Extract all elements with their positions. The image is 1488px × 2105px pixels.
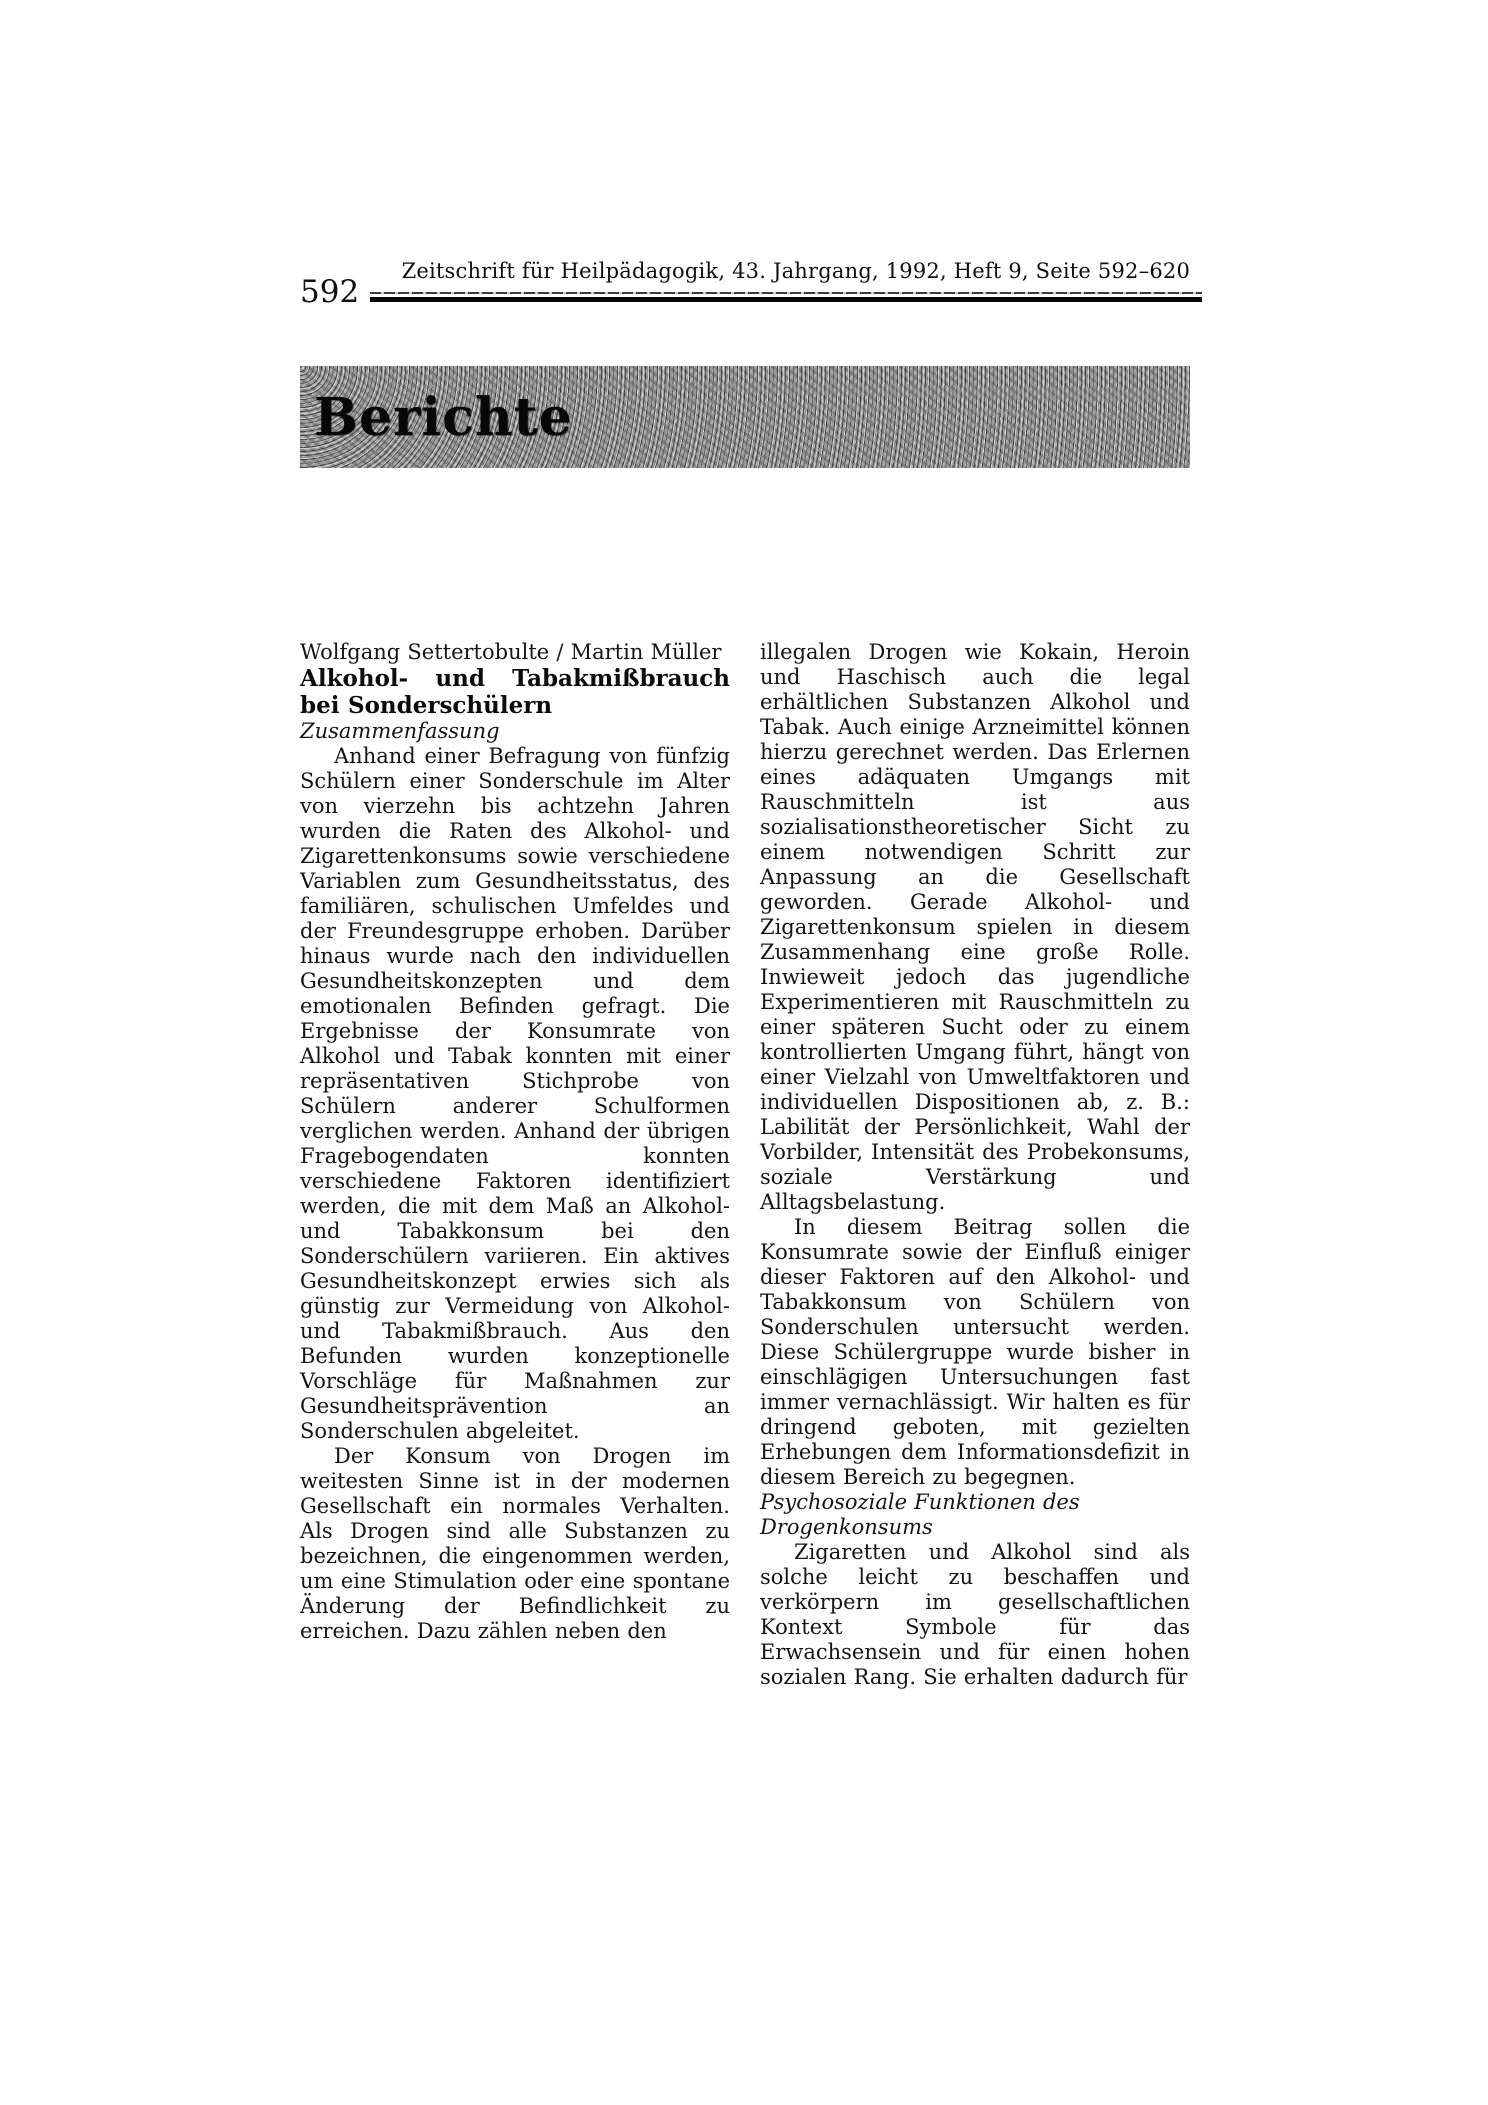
berichte-banner: Berichte [300, 366, 1190, 468]
paragraph-continuation: illegalen Drogen wie Kokain, Heroin und … [760, 640, 1190, 1215]
header-rule-thick [370, 297, 1202, 302]
banner-title: Berichte [314, 366, 573, 468]
article-title: Alkohol- und Tabakmißbrauch bei Sondersc… [300, 665, 730, 719]
paragraph-psychosocial: Zigaretten und Alkohol sind als solche l… [760, 1540, 1190, 1690]
author-line: Wolfgang Settertobulte / Martin Müller [300, 640, 730, 665]
section-heading-psychosocial: Psychosoziale Funktionen des Drogenkonsu… [760, 1490, 1190, 1540]
page-number: 592 [300, 274, 359, 310]
abstract-heading: Zusammenfassung [300, 719, 730, 744]
journal-page: Zeitschrift für Heilpädagogik, 43. Jahrg… [0, 0, 1488, 2105]
header-rule [370, 292, 1202, 302]
journal-header-line: Zeitschrift für Heilpädagogik, 43. Jahrg… [402, 259, 1190, 283]
left-column: Wolfgang Settertobulte / Martin Müller A… [300, 640, 730, 1644]
paragraph-drug-consumption: Der Konsum von Drogen im weitesten Sinne… [300, 1444, 730, 1644]
header-rule-thin [370, 292, 1202, 294]
abstract-text: Anhand einer Befragung von fünfzig Schül… [300, 744, 730, 1444]
right-column: illegalen Drogen wie Kokain, Heroin und … [760, 640, 1190, 1690]
paragraph-beitrag: In diesem Beitrag sollen die Konsumrate … [760, 1215, 1190, 1490]
